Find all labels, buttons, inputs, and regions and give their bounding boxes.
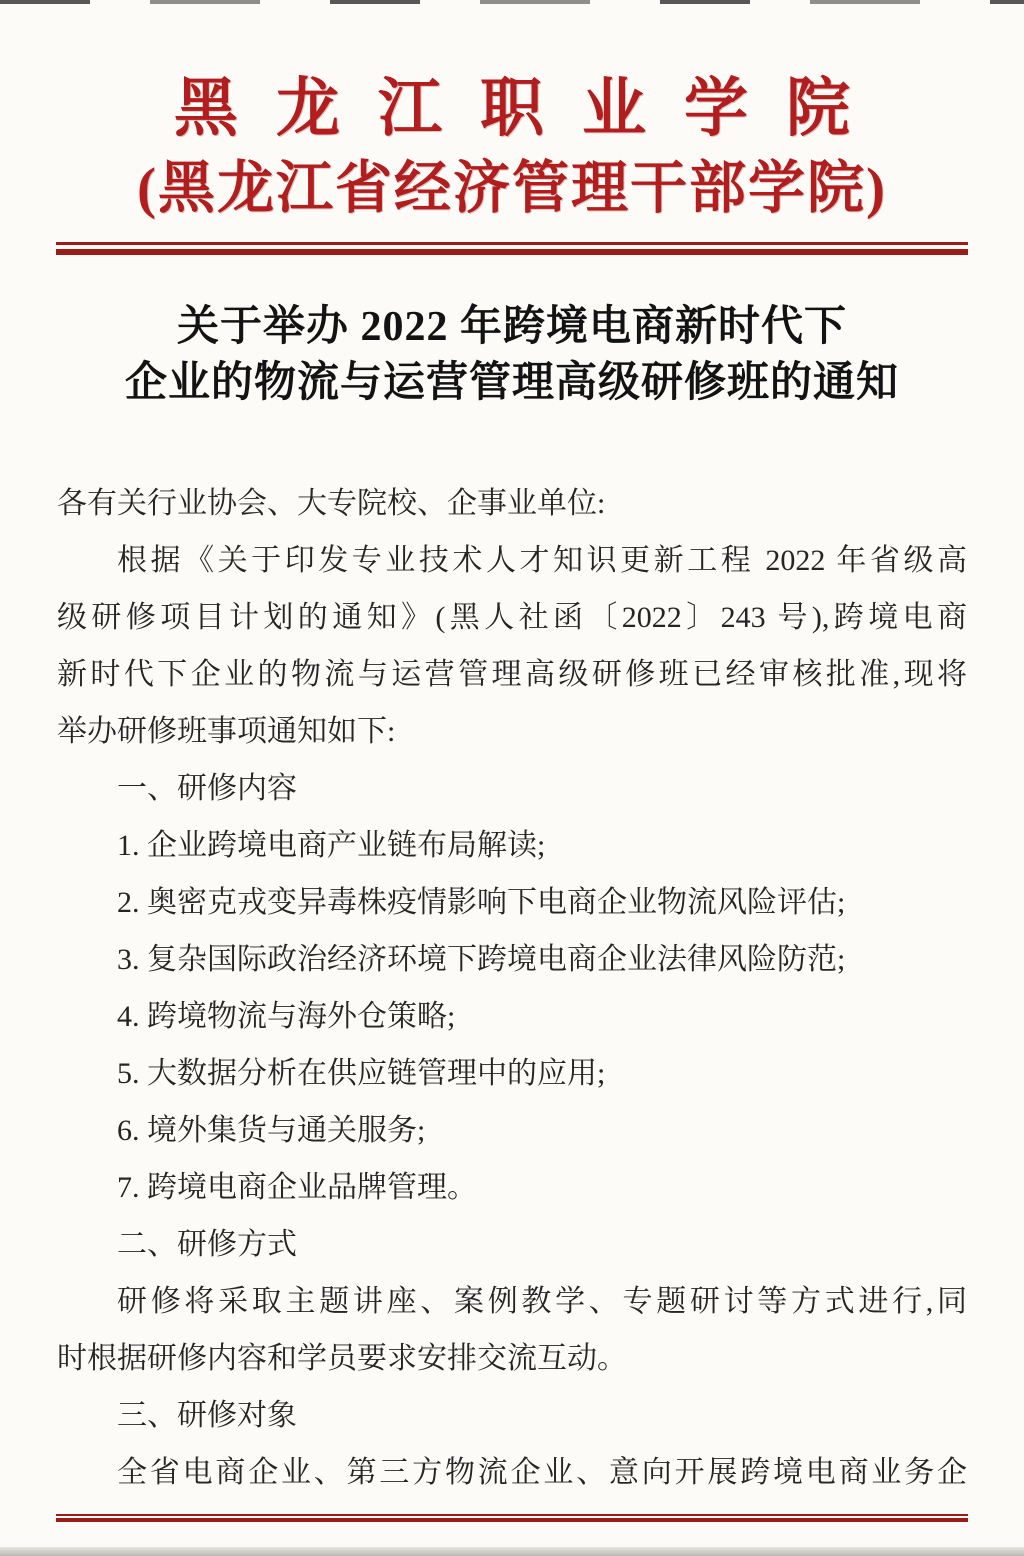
list-item-1: 1. 企业跨境电商产业链布局解读; [57, 817, 967, 874]
paragraph-line: 级研修项目计划的通知》(黑人社函〔2022〕243 号),跨境电商 [57, 589, 967, 646]
section-heading-2: 二、研修方式 [57, 1216, 967, 1273]
org-name-secondary: (黑龙江省经济管理干部学院) [0, 152, 1024, 226]
list-item-6: 6. 境外集货与通关服务; [57, 1102, 967, 1159]
document-body: 各有关行业协会、大专院校、企事业单位: 根据《关于印发专业技术人才知识更新工程 … [57, 475, 967, 1501]
salutation: 各有关行业协会、大专院校、企事业单位: [57, 475, 967, 532]
org-name-primary: 黑龙江职业学院 [0, 68, 1024, 150]
paragraph-line: 根据《关于印发专业技术人才知识更新工程 2022 年省级高 [57, 532, 967, 589]
scan-edge-bottom [0, 1547, 1024, 1556]
paragraph-line: 时根据研修内容和学员要求安排交流互动。 [57, 1330, 967, 1387]
footer-divider-bottom-line [56, 1518, 968, 1522]
list-item-7: 7. 跨境电商企业品牌管理。 [57, 1159, 967, 1216]
paragraph-line: 研修将采取主题讲座、案例教学、专题研讨等方式进行,同 [57, 1273, 967, 1330]
document-title-line2: 企业的物流与运营管理高级研修班的通知 [0, 355, 1024, 411]
letterhead: 黑龙江职业学院 (黑龙江省经济管理干部学院) [0, 0, 1024, 255]
document-page: 黑龙江职业学院 (黑龙江省经济管理干部学院) 关于举办 2022 年跨境电商新时… [0, 0, 1024, 1556]
paragraph-line: 举办研修班事项通知如下: [57, 703, 967, 760]
list-item-2: 2. 奥密克戎变异毒株疫情影响下电商企业物流风险评估; [57, 874, 967, 931]
document-title-line1: 关于举办 2022 年跨境电商新时代下 [0, 299, 1024, 355]
footer-divider [56, 1514, 968, 1522]
list-item-3: 3. 复杂国际政治经济环境下跨境电商企业法律风险防范; [57, 931, 967, 988]
scan-edge-top [0, 0, 1024, 4]
paragraph-line: 全省电商企业、第三方物流企业、意向开展跨境电商业务企 [57, 1444, 967, 1501]
header-divider-thick-line [56, 249, 968, 255]
header-divider [56, 242, 968, 255]
section-heading-3: 三、研修对象 [57, 1387, 967, 1444]
section-heading-1: 一、研修内容 [57, 760, 967, 817]
list-item-5: 5. 大数据分析在供应链管理中的应用; [57, 1045, 967, 1102]
list-item-4: 4. 跨境物流与海外仓策略; [57, 988, 967, 1045]
paragraph-line: 新时代下企业的物流与运营管理高级研修班已经审核批准,现将 [57, 646, 967, 703]
document-title: 关于举办 2022 年跨境电商新时代下 企业的物流与运营管理高级研修班的通知 [0, 299, 1024, 411]
